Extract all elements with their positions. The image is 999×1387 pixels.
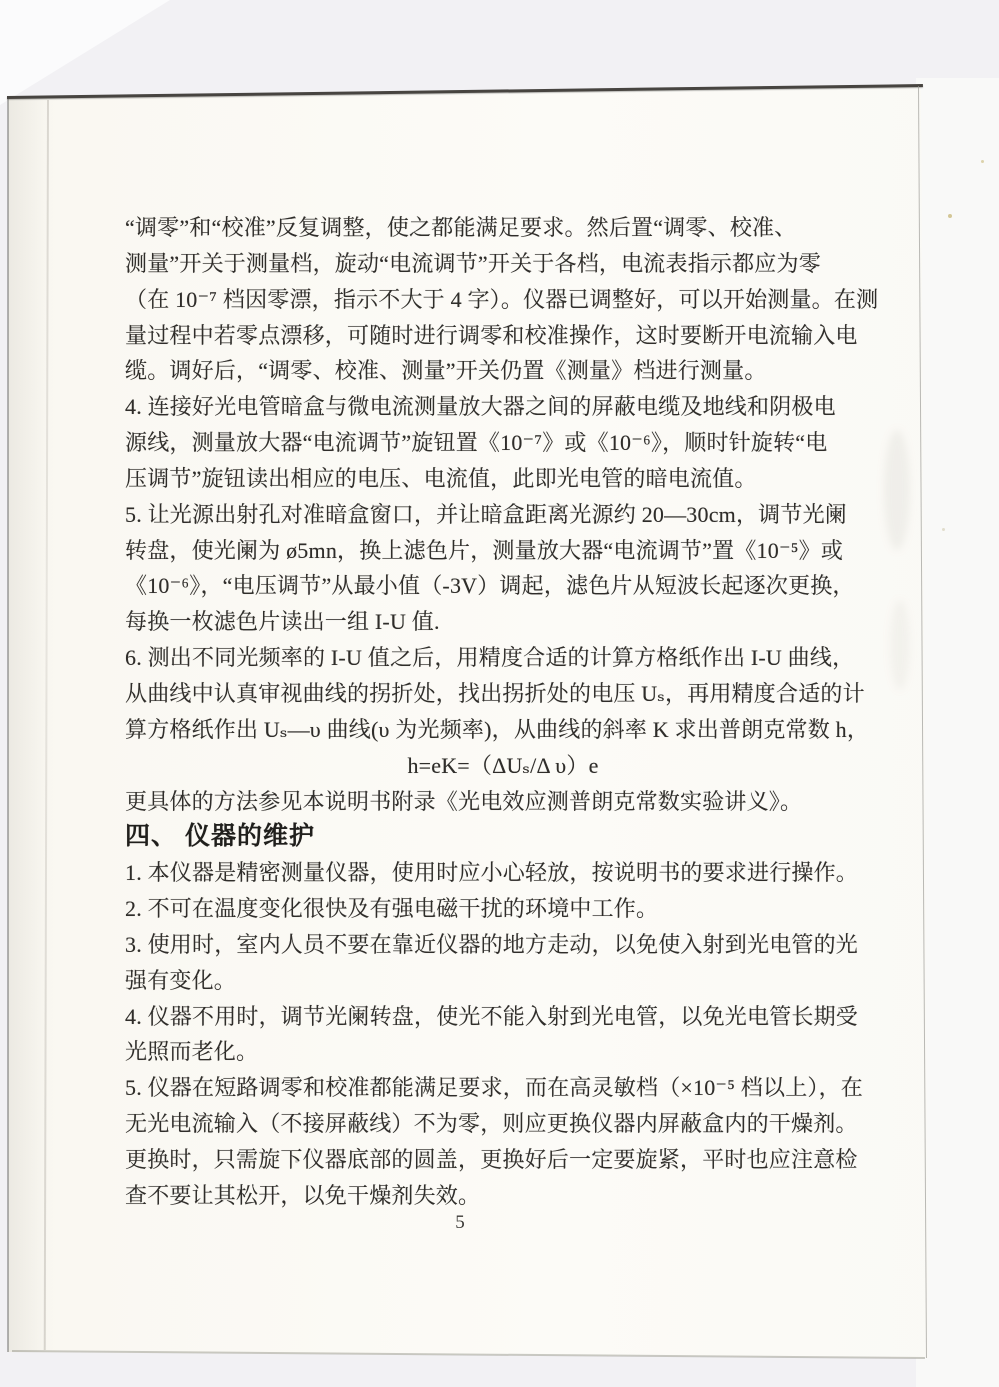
text-line: （在 10⁻⁷ 档因零漂，指示不大于 4 字）。仪器已调整好，可以开始测量。在测 <box>125 282 881 318</box>
text-line: 更换时，只需旋下仪器底部的圆盖，更换好后一定要旋紧，平时也应注意检 <box>125 1142 881 1178</box>
underlying-page-corner <box>0 0 170 105</box>
scanned-document-page: “调零”和“校准”反复调整，使之都能满足要求。然后置“调零、校准、 测量”开关于… <box>0 0 999 1387</box>
text-line: 强有变化。 <box>125 963 881 999</box>
text-line: 量过程中若零点漂移，可随时进行调零和校准操作，这时要断开电流输入电 <box>125 318 881 354</box>
text-line: 更具体的方法参见本说明书附录《光电效应测普朗克常数实验讲义》。 <box>125 784 881 820</box>
list-item-4-line: 4. 连接好光电管暗盒与微电流测量放大器之间的屏蔽电缆及地线和阴极电 <box>125 389 881 425</box>
maintenance-item-5: 5. 仪器在短路调零和校准都能满足要求，而在高灵敏档（×10⁻⁵ 档以上），在 <box>125 1070 881 1106</box>
text-line: 《10⁻⁶》，“电压调节”从最小值（-3V）调起，滤色片从短波长起逐次更换， <box>125 568 881 604</box>
maintenance-item-4: 4. 仪器不用时，调节光阑转盘，使光不能入射到光电管，以免光电管长期受 <box>125 999 881 1035</box>
page-left-edge <box>7 99 9 1352</box>
list-item-6-line: 6. 测出不同光频率的 I-U 值之后，用精度合适的计算方格纸作出 I-U 曲线… <box>125 640 881 676</box>
text-line: 缆。调好后，“调零、校准、测量”开关仍置《测量》档进行测量。 <box>125 353 881 389</box>
page-number: 5 <box>440 1212 480 1234</box>
maintenance-item-2: 2. 不可在温度变化很快及有强电磁干扰的环境中工作。 <box>125 891 881 927</box>
text-line: 无光电流输入（不接屏蔽线）不为零，则应更换仪器内屏蔽盒内的干燥剂。 <box>125 1106 881 1142</box>
body-text: “调零”和“校准”反复调整，使之都能满足要求。然后置“调零、校准、 测量”开关于… <box>125 210 881 1214</box>
maintenance-item-3: 3. 使用时，室内人员不要在靠近仪器的地方走动，以免使入射到光电管的光 <box>125 927 881 963</box>
paper-speck <box>981 160 984 163</box>
text-line: 每换一枚滤色片读出一组 I-U 值. <box>125 604 881 640</box>
binding-shadow <box>8 98 48 1352</box>
scan-smudge <box>890 600 910 690</box>
maintenance-item-1: 1. 本仪器是精密测量仪器，使用时应小心轻放，按说明书的要求进行操作。 <box>125 855 881 891</box>
text-line: 压调节”旋钮读出相应的电压、电流值，此即光电管的暗电流值。 <box>125 461 881 497</box>
scanner-background <box>916 78 999 1387</box>
section-heading-maintenance: 四、 仪器的维护 <box>125 819 881 855</box>
list-item-5-line: 5. 让光源出射孔对准暗盒窗口，并让暗盒距离光源约 20—30cm，调节光阑 <box>125 497 881 533</box>
formula-line: h=eK=（ΔUₛ/Δ υ）e <box>125 748 881 784</box>
scan-smudge <box>884 430 910 550</box>
paper-speck <box>942 528 945 531</box>
text-line: 源线，测量放大器“电流调节”旋钮置《10⁻⁷》或《10⁻⁶》，顺时针旋转“电 <box>125 425 881 461</box>
text-line: 转盘，使光阑为 ø5mn，换上滤色片，测量放大器“电流调节”置《10⁻⁵》或 <box>125 533 881 569</box>
paper-speck <box>948 214 952 218</box>
text-line: 查不要让其松开，以免干燥剂失效。 <box>125 1178 881 1214</box>
text-line: 算方格纸作出 Uₛ—υ 曲线(υ 为光频率)，从曲线的斜率 K 求出普朗克常数 … <box>125 712 881 748</box>
text-line: 光照而老化。 <box>125 1034 881 1070</box>
text-line: “调零”和“校准”反复调整，使之都能满足要求。然后置“调零、校准、 <box>125 210 881 246</box>
text-line: 从曲线中认真审视曲线的拐折处，找出拐折处的电压 Uₛ，再用精度合适的计 <box>125 676 881 712</box>
text-line: 测量”开关于测量档，旋动“电流调节”开关于各档，电流表指示都应为零 <box>125 246 881 282</box>
